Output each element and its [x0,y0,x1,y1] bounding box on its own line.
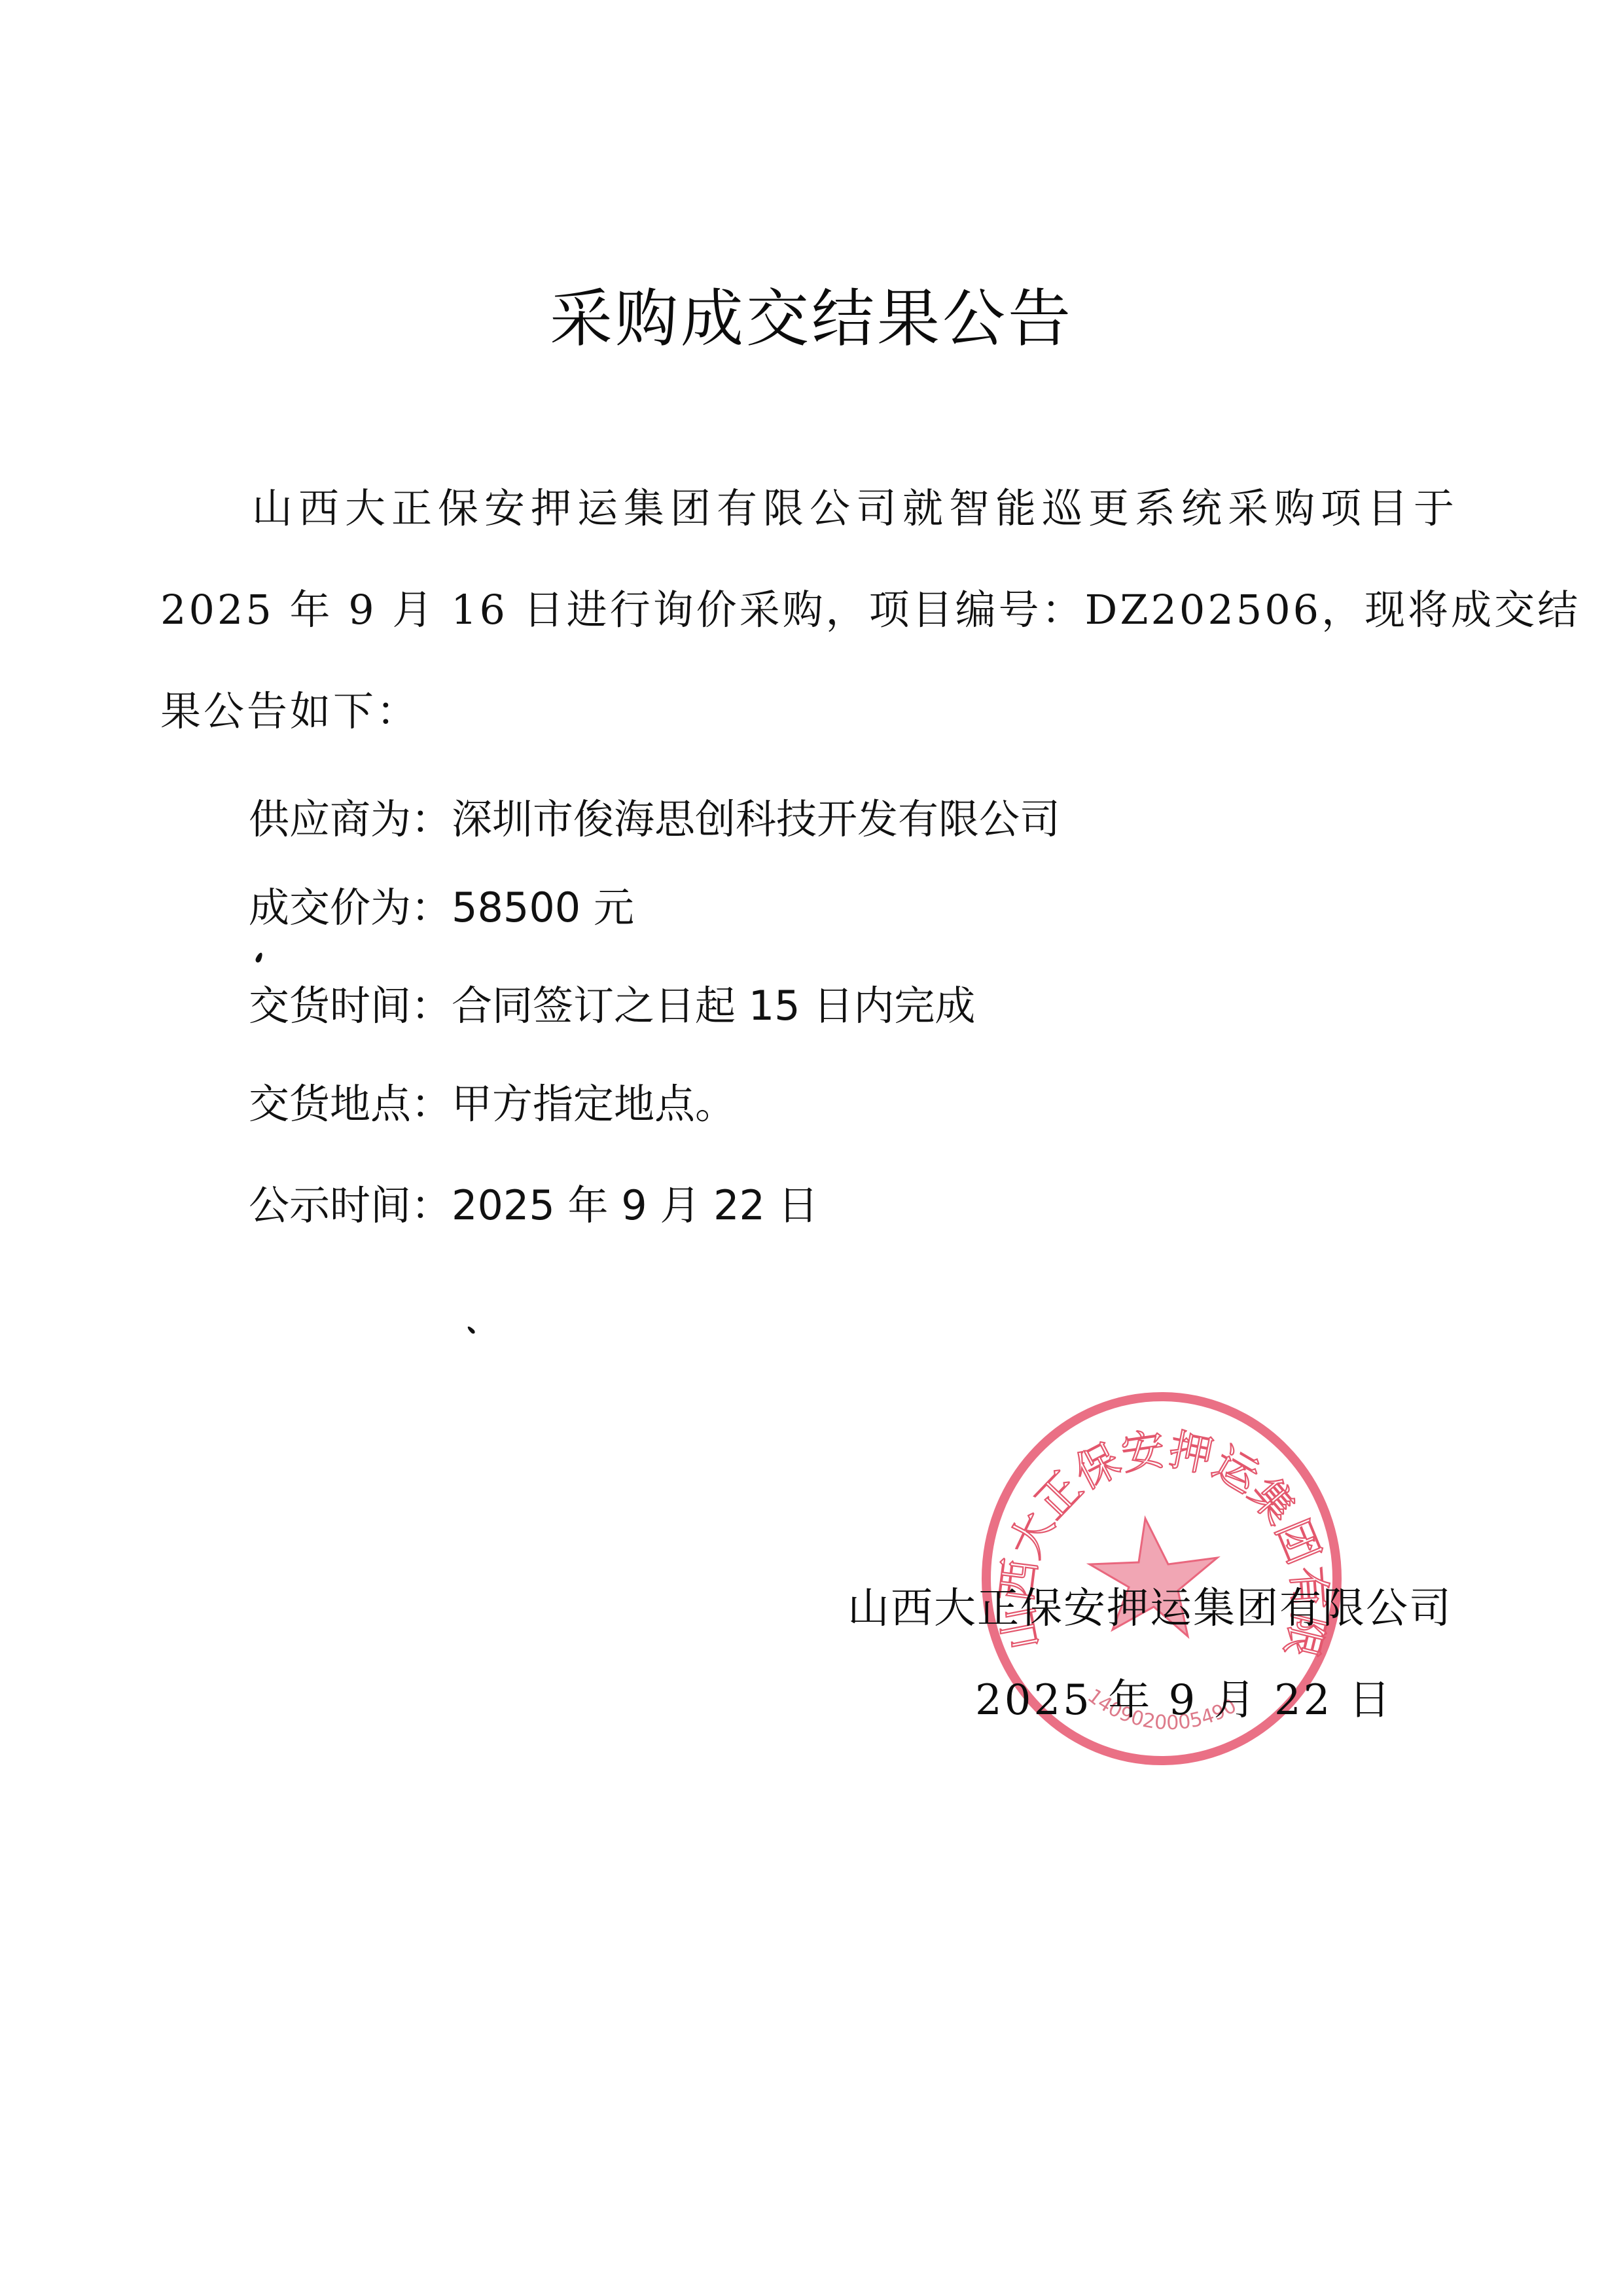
document-title: 采购成交结果公告 [0,281,1623,357]
document-page: 采购成交结果公告 山西大正保安押运集团有限公司就智能巡更系统采购项目于 2025… [0,0,1623,2296]
item-value: 合同签订之日起 15 日内完成 [452,982,975,1030]
intro-line-3: 果公告如下： [160,687,419,736]
item-value: 58500 元 [452,884,634,931]
stray-mark [467,1325,476,1335]
item-supplier: 供应商为：深圳市俊海思创科技开发有限公司 [249,795,1060,844]
item-label: 交货地点： [249,1080,452,1128]
intro-line-2: 2025 年 9 月 16 日进行询价采购，项目编号：DZ202506，现将成交… [160,586,1580,634]
item-label: 交货时间： [249,982,452,1030]
item-delivery-time: 交货时间：合同签订之日起 15 日内完成 [249,982,975,1030]
item-label: 供应商为： [249,795,452,843]
item-value: 2025 年 9 月 22 日 [452,1181,819,1229]
item-delivery-location: 交货地点：甲方指定地点。 [249,1080,736,1128]
item-label: 公示时间： [249,1181,452,1229]
signature-date: 2025 年 9 月 22 日 [975,1676,1393,1726]
item-value: 深圳市俊海思创科技开发有限公司 [452,795,1060,843]
stray-mark [255,952,264,963]
item-value: 甲方指定地点。 [452,1080,736,1128]
item-label: 成交价为： [249,884,452,931]
item-price: 成交价为：58500 元 [249,884,634,932]
signature-company: 山西大正保安押运集团有限公司 [847,1584,1452,1634]
intro-line-1: 山西大正保安押运集团有限公司就智能巡更系统采购项目于 [252,484,1460,533]
item-publicity-time: 公示时间：2025 年 9 月 22 日 [249,1181,819,1230]
